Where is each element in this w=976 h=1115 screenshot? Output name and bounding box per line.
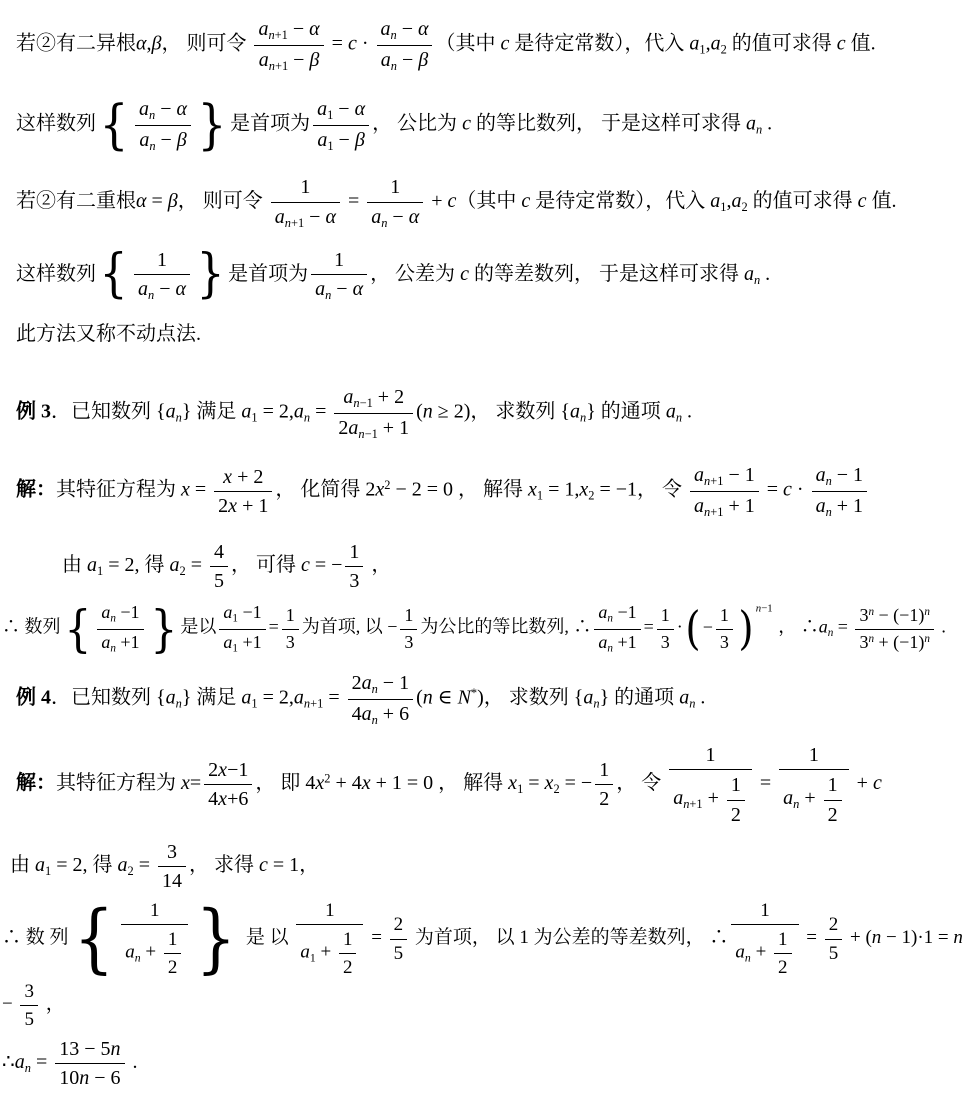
example3-solution-step2: 由 a1 = 2, 得 a2 = 45， 可得 c = −13 ， <box>16 539 968 594</box>
fraction: an − αan − β <box>377 16 433 74</box>
para-double-root: 若②有二重根α = β， 则可令 1an+1 − α = 1an − α + c… <box>16 174 968 230</box>
fraction: 13 <box>400 604 417 654</box>
fraction: 13 − 5n10n − 6 <box>55 1036 124 1091</box>
fraction: 25 <box>825 912 843 964</box>
fraction: an+1 − 1an+1 + 1 <box>690 462 759 520</box>
fraction: 314 <box>158 839 186 894</box>
example3-problem: 例 3．已知数列 {an} 满足 a1 = 2,an = an−1 + 22an… <box>16 384 968 442</box>
bold-label: 解： <box>16 479 56 501</box>
braced-sequence: {1an − α} <box>97 247 227 303</box>
fraction: an − 1an + 1 <box>812 462 867 520</box>
para-fixed-point-note: 此方法又称不动点法. <box>16 321 968 348</box>
fraction: an −1an +1 <box>594 601 640 655</box>
para-distinct-roots: 若②有二异根α,β， 则可令 an+1 − αan+1 − β = c · an… <box>16 16 968 74</box>
example4-final-answer: ∴an = 13 − 5n10n − 6 . <box>2 1036 968 1091</box>
fraction: an − αan − β <box>135 96 191 154</box>
fraction: a1 − αa1 − β <box>313 96 369 154</box>
bold-label: 解： <box>16 772 56 794</box>
fraction: 1an − α <box>367 174 423 230</box>
example3-conclusion: ∴ 数列{an −1an +1}是以a1 −1a1 +1=13为首项, 以 −1… <box>2 601 968 655</box>
bold-label: 例 4 <box>16 686 51 708</box>
para-double-seq: 这样数列{1an − α}是首项为1an − α， 公差为 c 的等差数列， 于… <box>16 247 968 303</box>
fraction: 35 <box>20 979 38 1031</box>
braced-sequence: {an − αan − β} <box>97 96 229 154</box>
fraction: 1an + 12 <box>779 742 848 827</box>
fraction: an+1 − αan+1 − β <box>254 16 323 74</box>
braced-sequence: {an −1an +1} <box>62 601 180 655</box>
fraction: an −1an +1 <box>97 601 143 655</box>
fraction: 1an − α <box>134 247 190 303</box>
fraction: 2an − 14an + 6 <box>348 670 413 728</box>
fraction: 13 <box>716 604 733 654</box>
fraction: 1an+1 + 12 <box>669 742 752 827</box>
fraction: 12 <box>774 927 792 979</box>
fraction: 2x−14x+6 <box>204 757 252 812</box>
fraction: 45 <box>210 539 228 594</box>
fraction: 12 <box>727 772 745 827</box>
example3-solution-step1: 解：其特征方程为 x = x + 22x + 1， 化简得 2x2 − 2 = … <box>16 462 968 520</box>
example4-solution-step2: 由 a1 = 2, 得 a2 = 314， 求得 c = 1， <box>10 839 968 894</box>
fraction: 12 <box>824 772 842 827</box>
fraction: 12 <box>164 927 182 979</box>
fraction: 12 <box>595 757 613 812</box>
example4-solution-step1: 解：其特征方程为 x=2x−14x+6， 即 4x2 + 4x + 1 = 0 … <box>16 742 968 827</box>
document-content: 若②有二异根α,β， 则可令 an+1 − αan+1 − β = c · an… <box>16 16 968 1090</box>
fraction: a1 −1a1 +1 <box>219 601 265 655</box>
fraction: 3n − (−1)n3n + (−1)n <box>855 604 933 654</box>
fraction: 12 <box>339 927 357 979</box>
fraction: an−1 + 22an−1 + 1 <box>334 384 413 442</box>
fraction: 1a1 + 12 <box>296 898 363 980</box>
fraction: 13 <box>345 539 363 594</box>
math-document-page: 若②有二异根α,β， 则可令 an+1 − αan+1 − β = c · an… <box>0 0 976 1115</box>
example4-conclusion: ∴ 数 列{1an + 12} 是 以 1a1 + 12 = 25 为首项， 以… <box>2 898 968 1032</box>
fraction: 13 <box>657 604 674 654</box>
para-distinct-seq: 这样数列{an − αan − β}是首项为a1 − αa1 − β， 公比为 … <box>16 96 968 154</box>
paren-group: (−13)n−1 <box>684 604 773 654</box>
group-exponent: n−1 <box>756 601 773 616</box>
fraction: 1an+1 − α <box>271 174 340 230</box>
example4-problem: 例 4．已知数列 {an} 满足 a1 = 2,an+1 = 2an − 14a… <box>16 670 968 728</box>
fraction: 13 <box>282 604 299 654</box>
braced-sequence: {1an + 12} <box>70 898 241 980</box>
fraction: 1an − α <box>311 247 367 303</box>
bold-label: 例 3 <box>16 401 51 423</box>
fraction: 1an + 12 <box>731 898 798 980</box>
fraction: 1an + 12 <box>121 898 188 980</box>
fraction: x + 22x + 1 <box>214 464 272 519</box>
fraction: 25 <box>390 912 408 964</box>
